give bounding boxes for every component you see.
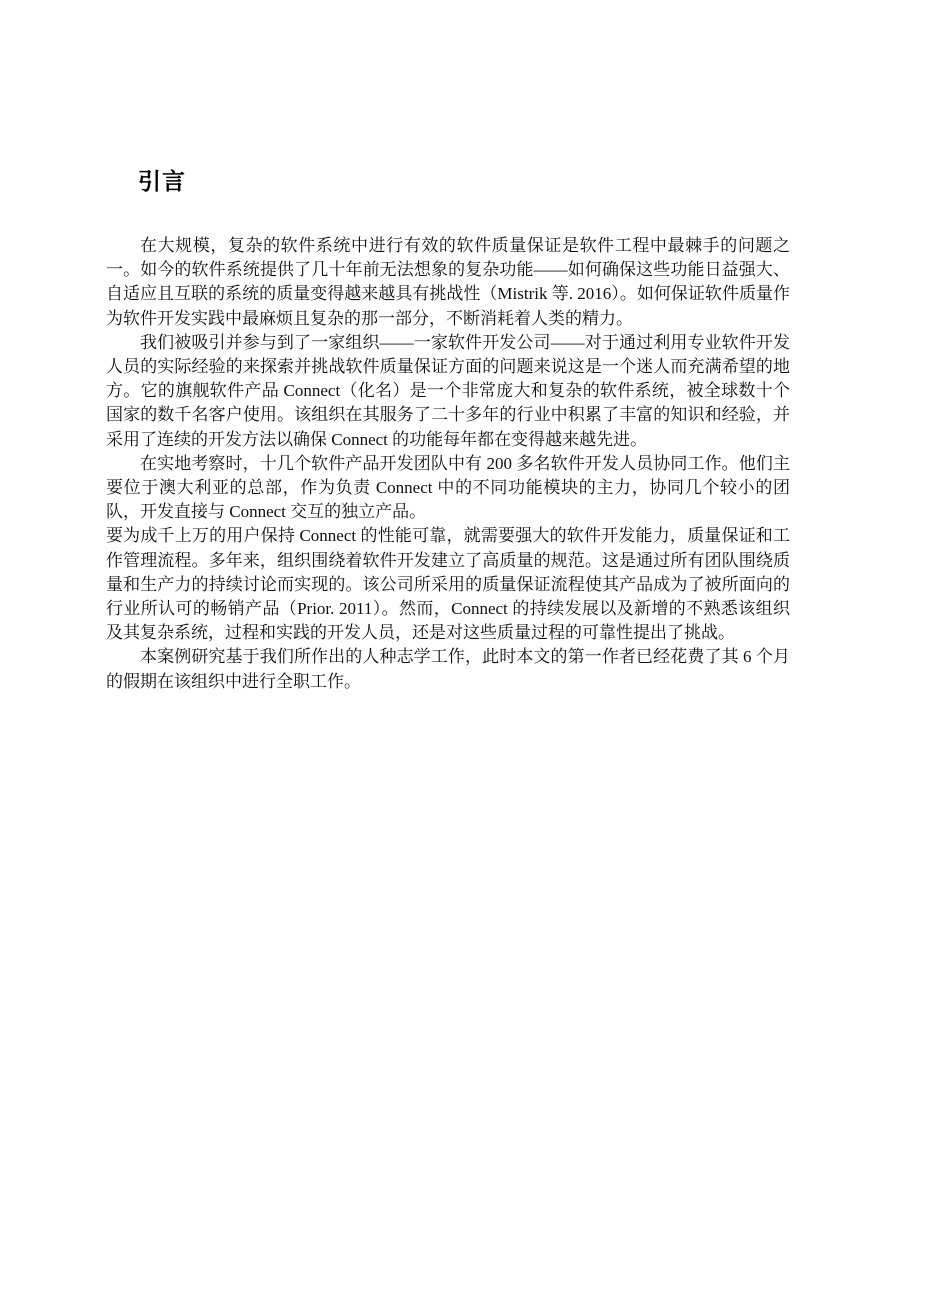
paragraph-1: 在大规模，复杂的软件系统中进行有效的软件质量保证是软件工程中最棘手的问题之一。如… (106, 234, 790, 331)
document-body: 在大规模，复杂的软件系统中进行有效的软件质量保证是软件工程中最棘手的问题之一。如… (106, 234, 790, 694)
paragraph-2: 我们被吸引并参与到了一家组织——一家软件开发公司——对于通过利用专业软件开发人员… (106, 331, 790, 452)
paragraph-5: 本案例研究基于我们所作出的人种志学工作，此时本文的第一作者已经花费了其 6 个月… (106, 645, 790, 693)
section-heading: 引言 (138, 168, 186, 196)
document-page: 引言 在大规模，复杂的软件系统中进行有效的软件质量保证是软件工程中最棘手的问题之… (0, 0, 926, 1309)
paragraph-3: 在实地考察时，十几个软件产品开发团队中有 200 多名软件开发人员协同工作。他们… (106, 452, 790, 525)
paragraph-4: 要为成千上万的用户保持 Connect 的性能可靠，就需要强大的软件开发能力，质… (106, 524, 790, 645)
